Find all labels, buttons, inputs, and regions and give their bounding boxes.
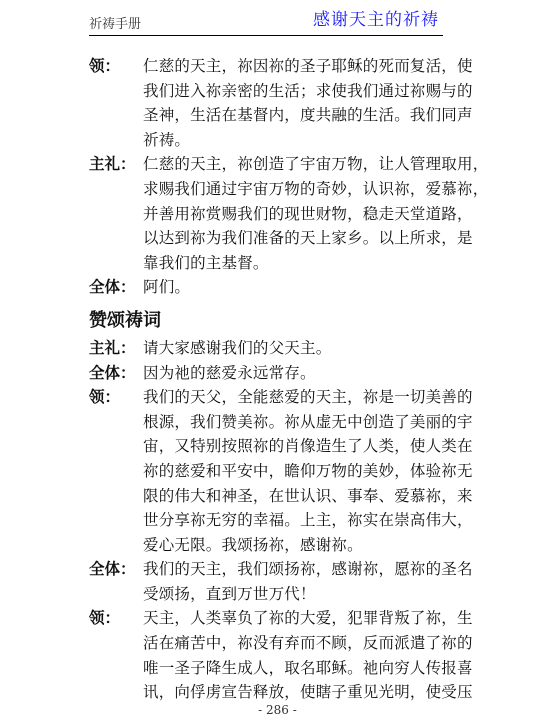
page-number: - 286 -	[0, 703, 555, 717]
prayer-entry: 领： 仁慈的天主，祢因祢的圣子耶稣的死而复活，使 我们进入祢亲密的生活；求使我们…	[89, 54, 445, 152]
speaker-label: 领：	[89, 385, 143, 557]
text-line: 祈祷。	[143, 128, 473, 153]
speaker-label: 领：	[89, 606, 143, 704]
prayer-text: 天主，人类辜负了祢的大爱，犯罪背叛了祢，生 活在痛苦中，祢没有弃而不顾，反而派遣…	[143, 606, 473, 704]
text-line: 根源，我们赞美祢。祢从虚无中创造了美丽的宇	[143, 410, 473, 435]
speaker-label: 领：	[89, 54, 143, 152]
text-line: 因为祂的慈爱永远常存。	[143, 361, 445, 386]
text-line: 祢的慈爱和平安中，瞻仰万物的美妙，体验祢无	[143, 459, 473, 484]
text-line: 爱心无限。我颂扬祢，感谢祢。	[143, 533, 473, 558]
text-line: 以达到祢为我们准备的天上家乡。以上所求，是	[143, 226, 488, 251]
chapter-title: 感谢天主的祈祷	[313, 5, 439, 30]
text-line: 宙，又特别按照祢的肖像造生了人类，使人类在	[143, 434, 473, 459]
prayer-entry: 主礼： 请大家感谢我们的父天主。	[89, 336, 445, 361]
text-line: 限的伟大和神圣，在世认识、事奉、爱慕祢，来	[143, 484, 473, 509]
text-line: 我们的天父，全能慈爱的天主，祢是一切美善的	[143, 385, 473, 410]
speaker-label: 全体：	[89, 275, 143, 300]
text-line: 阿们。	[143, 275, 445, 300]
text-line: 讯，向俘虏宣告释放，使瞎子重见光明，使受压	[143, 680, 473, 705]
text-line: 仁慈的天主，祢创造了宇宙万物，让人管理取用，	[143, 152, 488, 177]
prayer-entry: 主礼： 仁慈的天主，祢创造了宇宙万物，让人管理取用， 求赐我们通过宇宙万物的奇妙…	[89, 152, 445, 275]
text-line: 仁慈的天主，祢因祢的圣子耶稣的死而复活，使	[143, 54, 473, 79]
prayer-text: 阿们。	[143, 275, 445, 300]
prayer-entry: 全体： 因为祂的慈爱永远常存。	[89, 361, 445, 386]
text-line: 世分享祢无穷的幸福。上主，祢实在崇高伟大，	[143, 508, 473, 533]
text-line: 求赐我们通过宇宙万物的奇妙，认识祢，爱慕祢，	[143, 177, 488, 202]
prayer-entry: 领： 我们的天父，全能慈爱的天主，祢是一切美善的 根源，我们赞美祢。祢从虚无中创…	[89, 385, 445, 557]
text-line: 我们进入祢亲密的生活；求使我们通过祢赐与的	[143, 79, 473, 104]
text-line: 靠我们的主基督。	[143, 251, 488, 276]
text-line: 圣神，生活在基督内，度共融的生活。我们同声	[143, 103, 473, 128]
text-line: 受颂扬，直到万世万代！	[143, 582, 473, 607]
prayer-text: 仁慈的天主，祢因祢的圣子耶稣的死而复活，使 我们进入祢亲密的生活；求使我们通过祢…	[143, 54, 473, 152]
text-line: 天主，人类辜负了祢的大爱，犯罪背叛了祢，生	[143, 606, 473, 631]
prayer-text: 仁慈的天主，祢创造了宇宙万物，让人管理取用， 求赐我们通过宇宙万物的奇妙，认识祢…	[143, 152, 488, 275]
prayer-text: 我们的天父，全能慈爱的天主，祢是一切美善的 根源，我们赞美祢。祢从虚无中创造了美…	[143, 385, 473, 557]
book-title: 祈祷手册	[89, 13, 141, 32]
page-content: 领： 仁慈的天主，祢因祢的圣子耶稣的死而复活，使 我们进入祢亲密的生活；求使我们…	[89, 54, 445, 705]
text-line: 并善用祢赏赐我们的现世财物，稳走天堂道路，	[143, 202, 488, 227]
prayer-text: 请大家感谢我们的父天主。	[143, 336, 445, 361]
prayer-entry: 全体： 阿们。	[89, 275, 445, 300]
text-line: 活在痛苦中，祢没有弃而不顾，反而派遣了祢的	[143, 631, 473, 656]
prayer-entry: 全体： 我们的天主，我们颂扬祢，感谢祢，愿祢的圣名 受颂扬，直到万世万代！	[89, 557, 445, 606]
speaker-label: 主礼：	[89, 152, 143, 275]
prayer-entry: 领： 天主，人类辜负了祢的大爱，犯罪背叛了祢，生 活在痛苦中，祢没有弃而不顾，反…	[89, 606, 445, 704]
speaker-label: 主礼：	[89, 336, 143, 361]
section-heading: 赞颂祷词	[89, 306, 445, 336]
text-line: 请大家感谢我们的父天主。	[143, 336, 445, 361]
text-line: 我们的天主，我们颂扬祢，感谢祢，愿祢的圣名	[143, 557, 473, 582]
prayer-text: 我们的天主，我们颂扬祢，感谢祢，愿祢的圣名 受颂扬，直到万世万代！	[143, 557, 473, 606]
speaker-label: 全体：	[89, 557, 143, 606]
speaker-label: 全体：	[89, 361, 143, 386]
page-header: 祈祷手册 感谢天主的祈祷	[89, 8, 443, 36]
prayer-text: 因为祂的慈爱永远常存。	[143, 361, 445, 386]
text-line: 唯一圣子降生成人，取名耶稣。祂向穷人传报喜	[143, 656, 473, 681]
